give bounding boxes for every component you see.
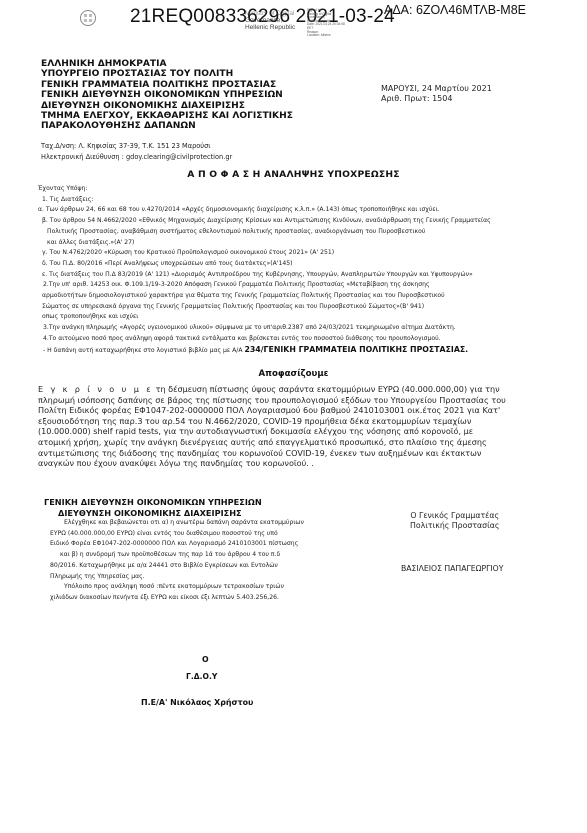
consideration-item: α. Των άρθρων 24, 66 και 68 του ν.4270/2… <box>38 205 491 216</box>
decision-line: Ε γ κ ρ ί ν ο υ μ ε τη δέσμευση πίστωσης… <box>38 384 558 395</box>
authority-line: ΕΛΛΗΝΙΚΗ ΔΗΜΟΚΡΑΤΙΑ <box>41 59 293 69</box>
considerations: Έχοντας Υπόψη: 1. Τις Διατάξεις: α. Των … <box>38 184 491 356</box>
consideration-item: γ. Του Ν.4762/2020 «Κύρωση του Κρατικού … <box>38 248 491 259</box>
decision-line-text: τη δέσμευση πίστωσης ύψους σαράντα εκατο… <box>153 384 500 394</box>
decision-lead: Ε γ κ ρ ί ν ο υ μ ε <box>38 384 153 394</box>
document-title: Α Π Ο Φ Α Σ Η ΑΝΑΛΗΨΗΣ ΥΠΟΧΡΕΩΣΗΣ <box>0 169 587 180</box>
booking-prefix: - Η δαπάνη αυτή καταχωρήθηκε στο λογιστι… <box>43 347 243 354</box>
certification-line: 80/2016. Καταχωρήθηκε με α/α 24441 στο Β… <box>50 561 304 572</box>
signature-detail: Location: Athens <box>307 34 345 38</box>
considerations-intro: Έχοντας Υπόψη: <box>38 184 491 195</box>
cross-icon-horizontal <box>84 17 92 19</box>
decision-line: αναγκών που έχουν ανακύψει λόγω της πανδ… <box>38 458 558 469</box>
booking-line: - Η δαπάνη αυτή καταχωρήθηκε στο λογιστι… <box>38 345 491 357</box>
digital-signature-issuer: Ministry of Digital Governance, Hellenic… <box>245 10 295 31</box>
authority-line: ΓΕΝΙΚΗ ΔΙΕΥΘΥΝΣΗ ΟΙΚΟΝΟΜΙΚΩΝ ΥΠΗΡΕΣΙΩΝ <box>41 90 293 100</box>
consideration-item: Σώματος σε υπηρεσιακά όργανα της Γενικής… <box>38 302 491 313</box>
consideration-item: 2.Την υπ' αριθ. 14253 οικ. Φ.109.1/19-3-… <box>38 280 491 291</box>
decision-line: πληρωμή ισόποσης δαπάνης σε βάρος της πί… <box>38 395 558 406</box>
protocol-number: Αριθ. Πρωτ: 1504 <box>381 94 492 104</box>
booking-reference: 234/ΓΕΝΙΚΗ ΓΡΑΜΜΑΤΕΙΑ ΠΟΛΙΤΙΚΗΣ ΠΡΟΣΤΑΣΙ… <box>244 345 468 354</box>
issuing-authority: ΕΛΛΗΝΙΚΗ ΔΗΜΟΚΡΑΤΙΑ ΥΠΟΥΡΓΕΙΟ ΠΡΟΣΤΑΣΙΑΣ… <box>41 59 293 132</box>
certification-line: Ελέγχθηκε και βεβαιώνεται οτι α) η ανωτέ… <box>50 518 304 529</box>
postal-address: Ταχ.Δ/νση: Λ. Κηφισίας 37-39, Τ.Κ. 151 2… <box>41 141 232 152</box>
secretary-title-line: Ο Γενικός Γραμματέας <box>410 511 499 521</box>
gdoy-article: Ο <box>202 655 209 664</box>
signature-line: Ministry of Digital <box>245 10 295 17</box>
gdoy-official-name: Π.Ε/Α' Νικόλαος Χρήστου <box>141 698 253 707</box>
authority-line: ΠΑΡΑΚΟΛΟΥΘΗΣΗΣ ΔΑΠΑΝΩΝ <box>41 121 293 131</box>
certification-line: Πληρωμής της Υπηρεσίας μας. <box>50 572 304 583</box>
decision-line: εξουσιοδότηση της παρ.3 του αρ.54 του Ν.… <box>38 416 558 427</box>
consideration-item: Πολιτικής Προστασίας, αναβάθμιση συστήμα… <box>38 227 491 238</box>
decision-line: αντιμετώπισης της διάδοσης της πανδημίας… <box>38 448 558 459</box>
directorate-line: ΔΙΕΥΘΥΝΣΗ ΟΙΚΟΝΟΜΙΚΗΣ ΔΙΑΧΕΙΡΙΣΗΣ <box>44 508 262 519</box>
decision-line: Πολίτη Ειδικός φορέας ΕΦ1047-202-0000000… <box>38 405 558 416</box>
authority-line: ΔΙΕΥΘΥΝΣΗ ΟΙΚΟΝΟΜΙΚΗΣ ΔΙΑΧΕΙΡΙΣΗΣ <box>41 101 293 111</box>
consideration-item: δ. Του Π.Δ. 80/2016 «Περί Αναλήψεως υποχ… <box>38 259 491 270</box>
decision-text: Ε γ κ ρ ί ν ο υ μ ε τη δέσμευση πίστωσης… <box>38 384 558 469</box>
date-block: ΜΑΡΟΥΣΙ, 24 Μαρτίου 2021 Αριθ. Πρωτ: 150… <box>381 84 492 104</box>
authority-line: ΥΠΟΥΡΓΕΙΟ ΠΡΟΣΤΑΣΙΑΣ ΤΟΥ ΠΟΛΙΤΗ <box>41 69 293 79</box>
place-date: ΜΑΡΟΥΣΙ, 24 Μαρτίου 2021 <box>381 84 492 94</box>
consideration-item: αρμοδιοτήτων δημοσιολογιστικού χαρακτήρα… <box>38 291 491 302</box>
ada-code: ΑΔΑ: 6ΖΟΛ46ΜΤΛΒ-Μ8Ε <box>384 3 526 17</box>
gdoy-unit: Γ.Δ.Ο.Υ <box>186 672 217 681</box>
digital-signature-details: Signed by: Ministry of Digital Governanc… <box>307 9 345 38</box>
consideration-item: ε. Τις διατάξεις του Π.Δ 83/2019 (Α' 121… <box>38 270 491 281</box>
secretary-name: ΒΑΣΙΛΕΙΟΣ ΠΑΠΑΓΕΩΡΓΙΟΥ <box>401 564 503 573</box>
signature-line: Hellenic Republic <box>245 24 295 31</box>
signature-line: Governance, <box>245 17 295 24</box>
consideration-item: β. Του άρθρου 54 Ν.4662/2020 «Εθνικός Μη… <box>38 216 491 227</box>
consideration-item: 3.Την ανάγκη πληρωμής «Αγορές υγειονομικ… <box>38 323 491 334</box>
secretary-title-line: Πολιτικής Προστασίας <box>410 521 499 531</box>
authority-line: ΤΜΗΜΑ ΕΛΕΓΧΟΥ, ΕΚΚΑΘΑΡΙΣΗΣ ΚΑΙ ΛΟΓΙΣΤΙΚΗ… <box>41 111 293 121</box>
decision-heading: Αποφασίζουμε <box>0 369 587 379</box>
hellenic-republic-emblem-icon <box>80 10 96 26</box>
decision-line: (10.000.000) shelf rapid tests, για την … <box>38 426 558 437</box>
certification-line: Ειδικό Φορέα ΕΦ1047-202-0000000 ΠΟΛ και … <box>50 539 304 550</box>
email-address: Ηλεκτρονική Διεύθυνση : gdoy.clearing@ci… <box>41 152 232 163</box>
contact-info: Ταχ.Δ/νση: Λ. Κηφισίας 37-39, Τ.Κ. 151 2… <box>41 141 232 163</box>
finance-directorate-heading: ΓΕΝΙΚΗ ΔΙΕΥΘΥΝΣΗ ΟΙΚΟΝΟΜΙΚΩΝ ΥΠΗΡΕΣΙΩΝ Δ… <box>44 497 262 518</box>
authority-line: ΓΕΝΙΚΗ ΓΡΑΜΜΑΤΕΙΑ ΠΟΛΙΤΙΚΗΣ ΠΡΟΣΤΑΣΙΑΣ <box>41 80 293 90</box>
certification-line: Υπόλοιπο προς ανάληψη ποσό :πέντε εκατομ… <box>50 582 304 593</box>
consideration-item: οπως τροποποιήθηκε και ισχύει <box>38 312 491 323</box>
finance-certification: Ελέγχθηκε και βεβαιώνεται οτι α) η ανωτέ… <box>50 518 304 604</box>
certification-line: ΕΥΡΩ (40.000.000,00 ΕΥΡΩ) είναι εντός το… <box>50 529 304 540</box>
decision-line: ατομική χρήση, χωρίς την ανάγκη διενέργε… <box>38 437 558 448</box>
directorate-line: ΓΕΝΙΚΗ ΔΙΕΥΘΥΝΣΗ ΟΙΚΟΝΟΜΙΚΩΝ ΥΠΗΡΕΣΙΩΝ <box>44 497 262 508</box>
consideration-item: 1. Τις Διατάξεις: <box>38 195 491 206</box>
consideration-item: 4.Το αιτούμενο ποσό προς ανάληψη αφορά τ… <box>38 334 491 345</box>
consideration-item: και άλλες διατάξεις.»(Α' 27) <box>38 238 491 249</box>
certification-line: χιλιάδων διακοσίων πενήντα έξι ΕΥΡΩ και … <box>50 593 304 604</box>
secretary-title: Ο Γενικός Γραμματέας Πολιτικής Προστασία… <box>410 511 499 531</box>
certification-line: και β) η συνδρομή των προϋποθέσεων της π… <box>50 550 304 561</box>
